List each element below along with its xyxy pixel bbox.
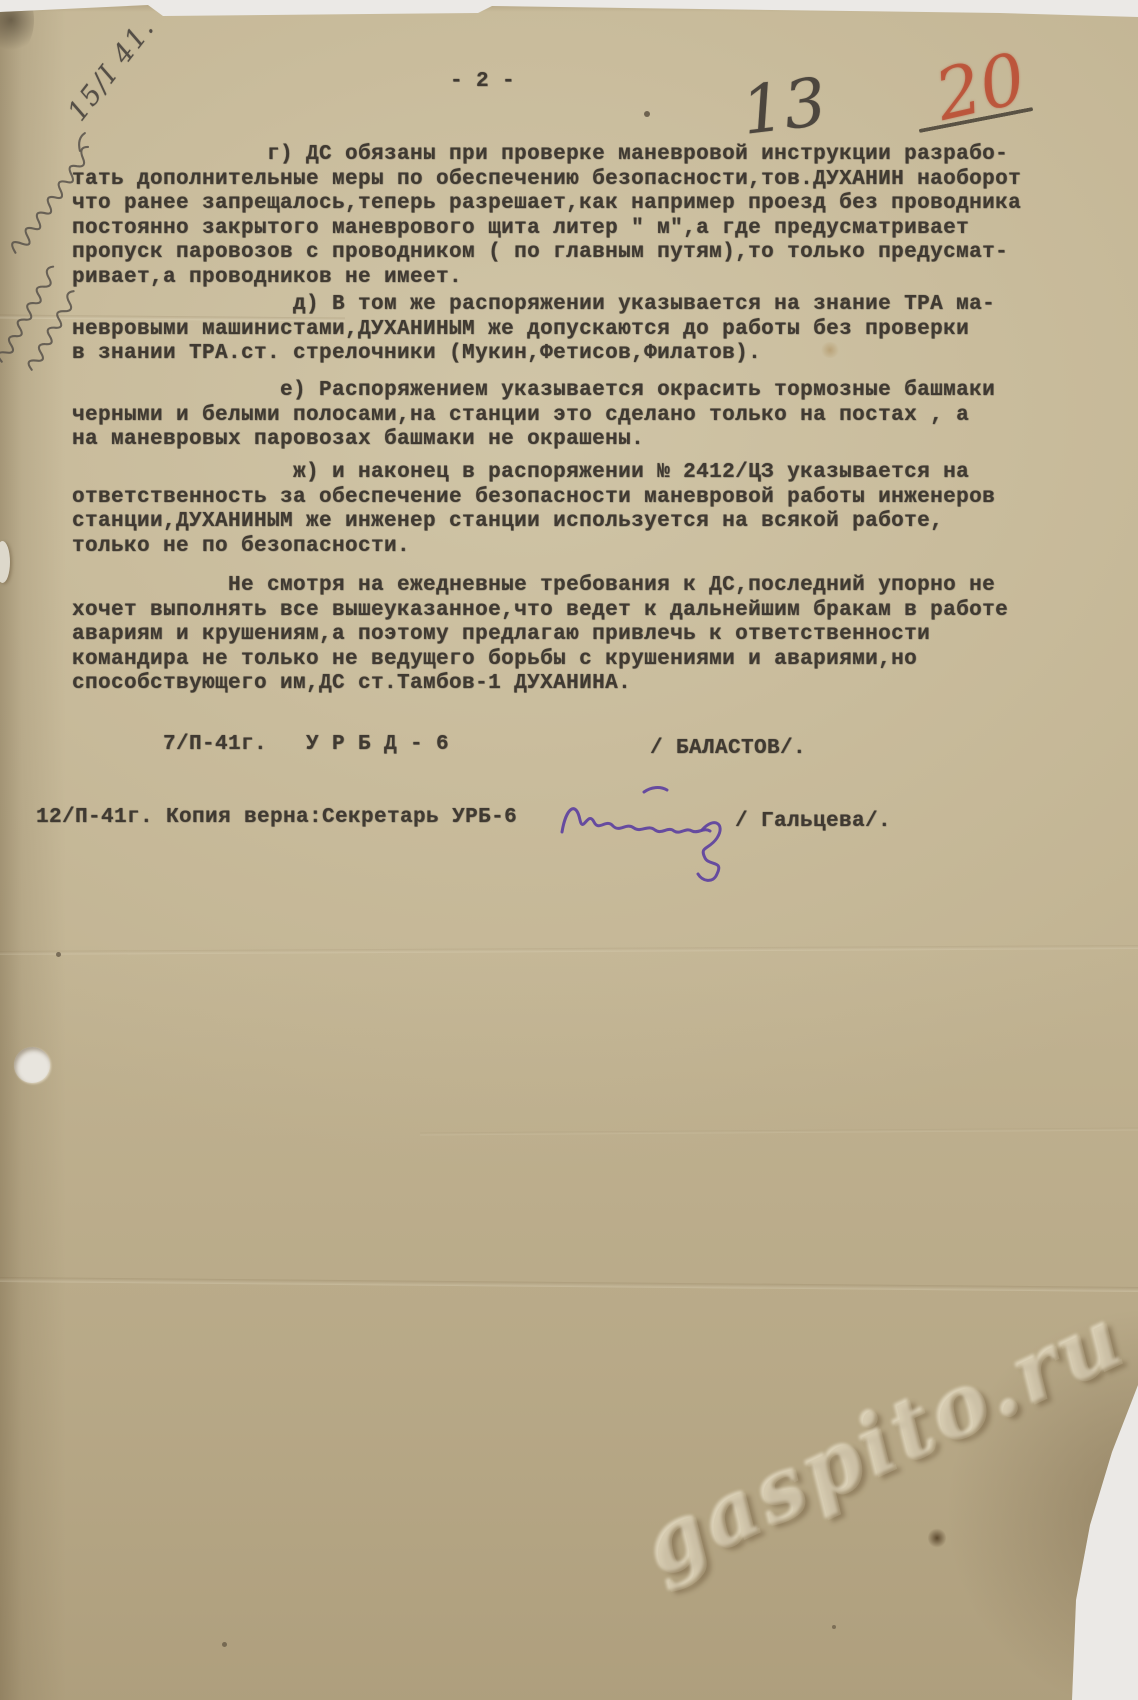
paper-crease: [420, 1127, 1138, 1135]
paper-bottom-shading: [0, 935, 1138, 1700]
left-edge-tear: [0, 541, 10, 583]
ink-speck: [222, 1642, 227, 1647]
certification-statement: 12/П-41г. Копия верна:Секретарь УРБ-6: [36, 806, 517, 831]
ink-speck: [56, 952, 61, 957]
paragraph-zh: ж) и наконец в распоряжении № 2412/ЦЗ ук…: [72, 461, 1102, 559]
paragraph-d: д) В том же распоряжении указывается на …: [72, 293, 1102, 367]
signoff-date-org: 7/П-41г. У Р Б Д - 6: [163, 733, 449, 758]
paper-crease: [0, 945, 1138, 955]
ink-speck: [832, 1625, 836, 1629]
hole-punch: [14, 1047, 50, 1083]
page-number: - 2 -: [450, 70, 515, 95]
certifier-name: / Гальцева/.: [735, 810, 891, 835]
signoff-name: / БАЛАСТОВ/.: [650, 737, 806, 762]
scanned-document: - 2 - г) ДС обязаны при проверке маневро…: [0, 0, 1138, 1700]
paper-stain: [928, 1528, 946, 1548]
top-left-corner-stain: [0, 0, 34, 56]
crossed-out-folio-number: 20: [928, 37, 1033, 137]
margin-scribble-lower: [0, 236, 116, 386]
closing-paragraph: Не смотря на ежедневные требования к ДС,…: [72, 574, 1102, 697]
secretary-signature: [556, 778, 741, 896]
paper-crease: [0, 1277, 1138, 1292]
paper-sheet: - 2 - г) ДС обязаны при проверке маневро…: [0, 0, 1138, 1700]
ink-speck: [644, 111, 650, 117]
margin-date-note: 15/I 41.: [62, 12, 161, 127]
handwritten-folio-number: 13: [738, 63, 831, 150]
paragraph-g: г) ДС обязаны при проверке маневровой ин…: [72, 143, 1102, 290]
paper-top-edge-shadow: [0, 0, 1138, 12]
paragraph-e: е) Распоряжением указывается окрасить то…: [72, 379, 1102, 453]
archive-watermark: gaspito.ru: [629, 1287, 1138, 1596]
